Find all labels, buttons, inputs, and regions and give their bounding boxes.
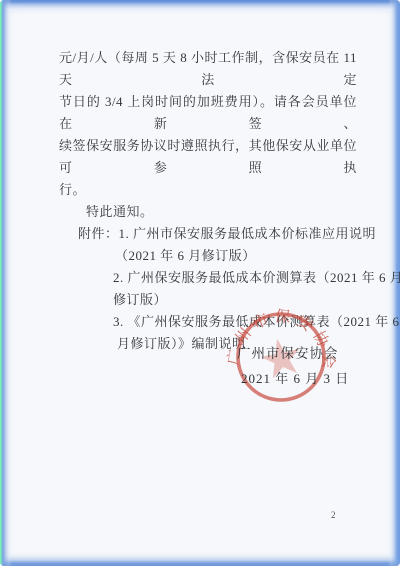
body-line: 行。 — [59, 179, 357, 201]
attachment-item-2: 2. 广州保安服务最低成本价测算表（2021 年 6 月 — [113, 267, 357, 289]
body-line: 元/月/人（每周 5 天 8 小时工作制，含保安员在 11 天法定 — [59, 47, 357, 91]
attachment-item-1-continued: （2021 年 6 月修订版） — [115, 245, 357, 267]
notice-closing-line: 特此通知。 — [59, 201, 357, 223]
body-line: 续签保安服务协议时遵照执行，其他保安从业单位可参照执 — [59, 135, 357, 179]
signature-date: 2021 年 6 月 3 日 — [241, 368, 349, 387]
body-line: 节日的 3/4 上岗时间的加班费用）。请各会员单位在新签、 — [59, 91, 357, 135]
scan-frame-left-edge — [0, 0, 12, 566]
page-number: 2 — [331, 510, 336, 520]
scan-frame-bottom-edge — [0, 552, 400, 566]
attachment-item-1: 附件：1. 广州市保安服务最低成本价标准应用说明 — [59, 223, 357, 245]
scan-frame-top-edge — [0, 0, 400, 14]
scanned-notice-page: 元/月/人（每周 5 天 8 小时工作制，含保安员在 11 天法定 节日的 3/… — [0, 0, 400, 566]
signature-organization: 广州市保安协会 — [237, 342, 339, 362]
